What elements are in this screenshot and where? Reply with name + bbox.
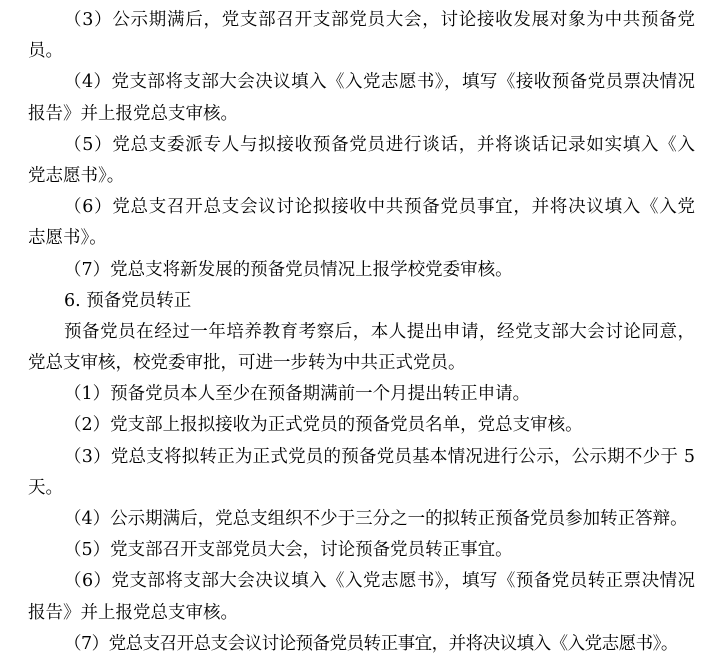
- text-line: （6）党总支召开总支会议讨论拟接收中共预备党员事宜，并将决议填入《入党: [28, 192, 695, 223]
- text-line: （2）党支部上报拟接收为正式党员的预备党员名单，党总支审核。: [28, 410, 695, 441]
- text-line: （6）党支部将支部大会决议填入《入党志愿书》，填写《预备党员转正票决情况: [28, 566, 695, 597]
- text-line: （4）公示期满后，党总支组织不少于三分之一的拟转正预备党员参加转正答辩。: [28, 504, 695, 535]
- text-line: 报告》并上报党总支审核。: [28, 598, 695, 629]
- text-line: 报告》并上报党总支审核。: [28, 99, 695, 130]
- text-line: 党志愿书》。: [28, 161, 695, 192]
- text-line: （3）公示期满后，党支部召开支部党员大会，讨论接收发展对象为中共预备党: [28, 5, 695, 36]
- text-line: 天。: [28, 473, 695, 504]
- text-line: （4）党支部将支部大会决议填入《入党志愿书》，填写《接收预备党员票决情况: [28, 67, 695, 98]
- text-line: 党总支审核，校党委审批，可进一步转为中共正式党员。: [28, 348, 695, 379]
- text-line: （5）党总支委派专人与拟接收预备党员进行谈话，并将谈话记录如实填入《入: [28, 130, 695, 161]
- text-line: （7）党总支将新发展的预备党员情况上报学校党委审核。: [28, 255, 695, 286]
- text-line: （7）党总支召开总支会议讨论预备党员转正事宜，并将决议填入《入党志愿书》。: [28, 629, 695, 656]
- document-viewport: { "page": { "background_color": "#ffffff…: [0, 0, 720, 656]
- text-line: 6. 预备党员转正: [28, 286, 695, 317]
- text-line: （3）党总支将拟转正为正式党员的预备党员基本情况进行公示，公示期不少于 5: [28, 442, 695, 473]
- text-line: （5）党支部召开支部党员大会，讨论预备党员转正事宜。: [28, 535, 695, 566]
- text-line: 员。: [28, 36, 695, 67]
- text-line: 志愿书》。: [28, 223, 695, 254]
- text-line: 预备党员在经过一年培养教育考察后，本人提出申请，经党支部大会讨论同意，: [28, 317, 695, 348]
- text-line: （1）预备党员本人至少在预备期满前一个月提出转正申请。: [28, 379, 695, 410]
- document-page: （3）公示期满后，党支部召开支部党员大会，讨论接收发展对象为中共预备党员。（4）…: [0, 0, 720, 656]
- document-body: （3）公示期满后，党支部召开支部党员大会，讨论接收发展对象为中共预备党员。（4）…: [0, 0, 720, 656]
